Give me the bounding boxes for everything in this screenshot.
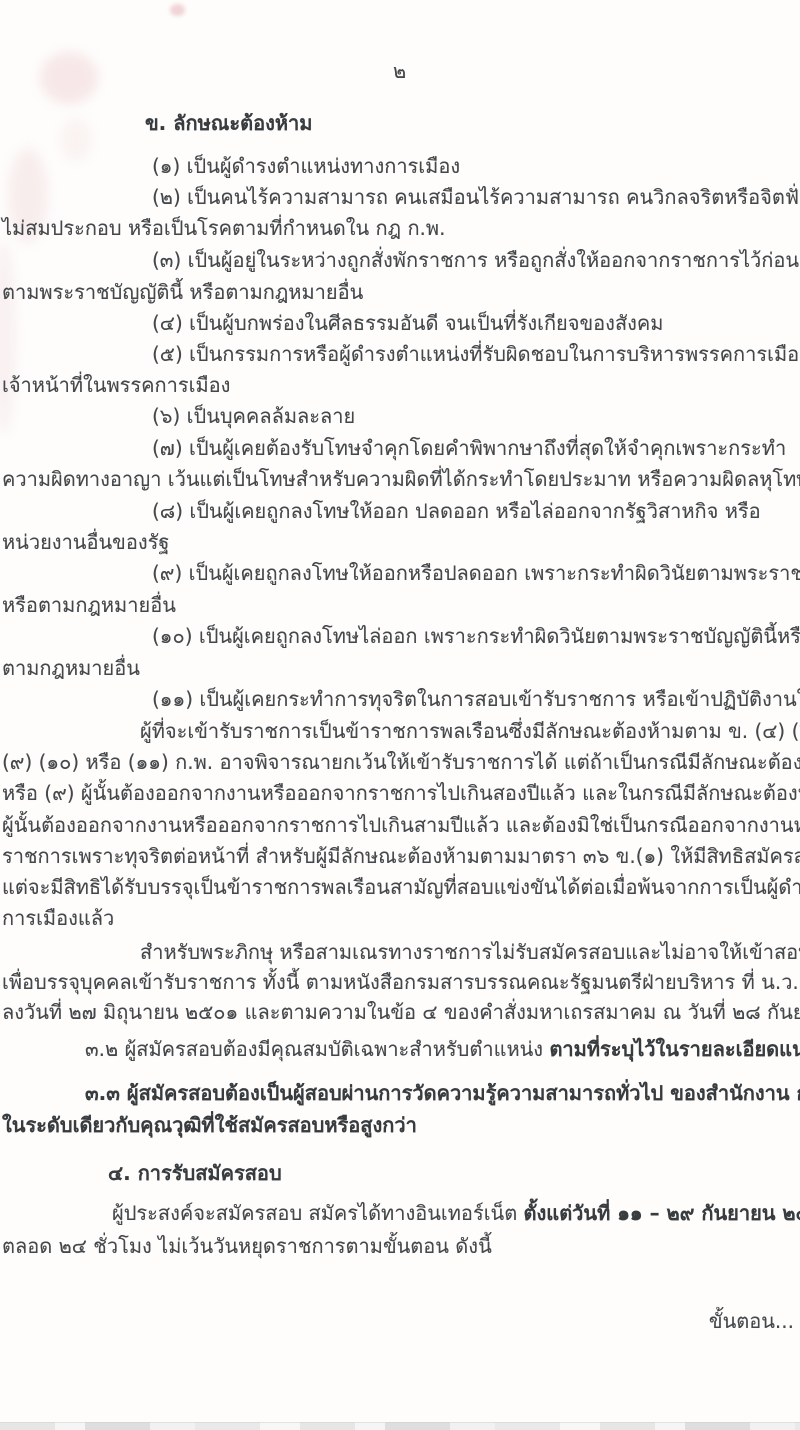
item-6: (๖) เป็นบุคคลล้มละลาย xyxy=(152,403,355,429)
scan-smudge xyxy=(60,118,92,162)
item-9: (๙) เป็นผู้เคยถูกลงโทษให้ออกหรือปลดออก เ… xyxy=(152,560,800,586)
scan-smudge xyxy=(40,52,98,104)
item-5-continuation: เจ้าหน้าที่ในพรรคการเมือง xyxy=(2,372,230,398)
item-8: (๘) เป็นผู้เคยถูกลงโทษให้ออก ปลดออก หรือ… xyxy=(152,498,761,524)
scan-smudge xyxy=(0,240,16,435)
paragraph-exemption-line: ราชการเพราะทุจริตต่อหน้าที่ สำหรับผู้มีล… xyxy=(2,843,800,869)
item-4: (๔) เป็นผู้บกพร่องในศีลธรรมอันดี จนเป็นท… xyxy=(152,310,663,336)
paragraph-exemption-line: หรือ (๙) ผู้นั้นต้องออกจากงานหรือออกจากร… xyxy=(2,780,800,806)
paragraph-monk-line: ลงวันที่ ๒๗ มิถุนายน ๒๕๐๑ และตามความในข้… xyxy=(2,999,800,1025)
paragraph-exemption-line: การเมืองแล้ว xyxy=(2,905,114,931)
continued-next-page-note: ขั้นตอน... xyxy=(709,1308,794,1334)
item-10: (๑๐) เป็นผู้เคยถูกลงโทษไล่ออก เพราะกระทำ… xyxy=(152,623,800,649)
subsection-3-3: ๓.๓ ผู้สมัครสอบต้องเป็นผู้สอบผ่านการวัดค… xyxy=(85,1080,800,1106)
page-number: ๒ xyxy=(393,58,406,84)
application-paragraph-text: ผู้ประสงค์จะสมัครสอบ สมัครได้ทางอินเทอร์… xyxy=(112,1201,524,1225)
item-3: (๓) เป็นผู้อยู่ในระหว่างถูกสั่งพักราชการ… xyxy=(152,247,799,273)
item-7-continuation: ความผิดทางอาญา เว้นแต่เป็นโทษสำหรับความผ… xyxy=(2,466,800,492)
item-1: (๑) เป็นผู้ดำรงตำแหน่งทางการเมือง xyxy=(152,153,460,179)
paragraph-exemption-line: (๙) (๑๐) หรือ (๑๑) ก.พ. อาจพิจารณายกเว้น… xyxy=(2,749,800,775)
paragraph-exemption-line: แต่จะมีสิทธิได้รับบรรจุเป็นข้าราชการพลเร… xyxy=(2,874,800,900)
application-dates-bold-text: ตั้งแต่วันที่ ๑๑ – ๒๙ กันยายน ๒๕๖๖ xyxy=(524,1201,800,1225)
application-paragraph-line: ตลอด ๒๔ ชั่วโมง ไม่เว้นวันหยุดราชการตามข… xyxy=(2,1233,492,1259)
item-2-continuation: ไม่สมประกอบ หรือเป็นโรคตามที่กำหนดใน กฎ … xyxy=(2,215,445,241)
item-9-continuation: หรือตามกฎหมายอื่น xyxy=(2,592,176,618)
section-b-heading: ข. ลักษณะต้องห้าม xyxy=(145,110,312,136)
scanned-document-page: ๒ ข. ลักษณะต้องห้าม (๑) เป็นผู้ดำรงตำแหน… xyxy=(0,0,800,1430)
subsection-3-3-continuation: ในระดับเดียวกับคุณวุฒิที่ใช้สมัครสอบหรือ… xyxy=(2,1112,417,1138)
paragraph-monk-line: สำหรับพระภิกษุ หรือสามเณรทางราชการไม่รับ… xyxy=(140,939,800,965)
scan-smudge xyxy=(170,4,185,16)
item-5: (๕) เป็นกรรมการหรือผู้ดำรงตำแหน่งที่รับผ… xyxy=(152,341,800,367)
subsection-3-2: ๓.๒ ผู้สมัครสอบต้องมีคุณสมบัติเฉพาะสำหรั… xyxy=(85,1036,800,1062)
paragraph-exemption-line: ผู้ที่จะเข้ารับราชการเป็นข้าราชการพลเรือ… xyxy=(140,718,800,744)
item-2: (๒) เป็นคนไร้ความสามารถ คนเสมือนไร้ความส… xyxy=(152,184,800,210)
subsection-3-2-bold-text: ตามที่ระบุไว้ในรายละเอียดแนบท้ายประกาศนี… xyxy=(549,1037,800,1061)
item-3-continuation: ตามพระราชบัญญัตินี้ หรือตามกฎหมายอื่น xyxy=(2,279,363,305)
application-paragraph-line: ผู้ประสงค์จะสมัครสอบ สมัครได้ทางอินเทอร์… xyxy=(112,1200,800,1226)
item-8-continuation: หน่วยงานอื่นของรัฐ xyxy=(2,529,169,555)
subsection-3-2-text: ๓.๒ ผู้สมัครสอบต้องมีคุณสมบัติเฉพาะสำหรั… xyxy=(85,1037,549,1061)
item-7: (๗) เป็นผู้เคยต้องรับโทษจำคุกโดยคำพิพากษ… xyxy=(152,435,786,461)
paragraph-monk-line: เพื่อบรรจุบุคคลเข้ารับราชการ ทั้งนี้ ตาม… xyxy=(2,969,800,995)
item-10-continuation: ตามกฎหมายอื่น xyxy=(2,655,140,681)
paragraph-exemption-line: ผู้นั้นต้องออกจากงานหรือออกจากราชการไปเก… xyxy=(2,812,800,838)
section-4-heading: ๔. การรับสมัครสอบ xyxy=(108,1160,282,1186)
item-11: (๑๑) เป็นผู้เคยกระทำการทุจริตในการสอบเข้… xyxy=(152,686,800,712)
page-edge-shadow xyxy=(0,1422,800,1430)
